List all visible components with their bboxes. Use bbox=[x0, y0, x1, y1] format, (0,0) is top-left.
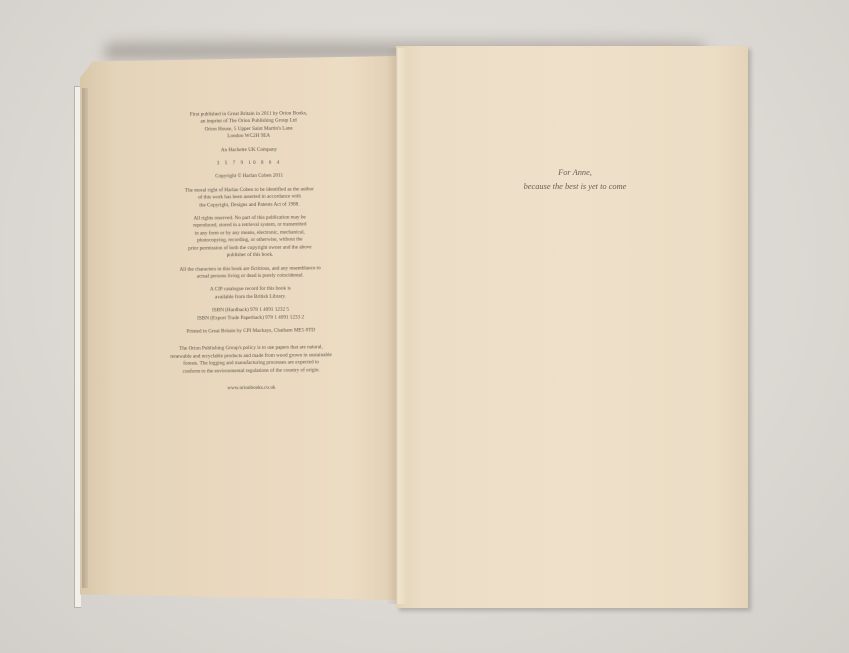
text-line: publisher of this book. bbox=[227, 252, 274, 258]
text-line: The moral right of Harlan Coben to be id… bbox=[185, 186, 314, 193]
right-page bbox=[396, 46, 748, 608]
text-line: an imprint of The Orion Publishing Group… bbox=[200, 118, 296, 125]
text-line: conform to the environmental regulations… bbox=[183, 367, 320, 374]
text-line: All rights reserved. No part of this pub… bbox=[193, 214, 305, 221]
text-line: An Hachette UK Company bbox=[221, 146, 277, 153]
open-book: First published in Great Britain in 2011… bbox=[80, 46, 748, 610]
text-line: available from the British Library. bbox=[215, 293, 286, 300]
rights-reserved-block: All rights reserved. No part of this pub… bbox=[135, 214, 365, 261]
isbn-block: ISBN (Hardback) 978 1 4091 1232 5 ISBN (… bbox=[136, 306, 366, 323]
text-line: ISBN (Hardback) 978 1 4091 1232 5 bbox=[212, 307, 289, 314]
website-line: www.orionbooks.co.uk bbox=[136, 384, 366, 394]
text-line: All the characters in this book are fict… bbox=[180, 265, 321, 272]
fiction-disclaimer: All the characters in this book are fict… bbox=[135, 264, 365, 281]
cover-edge bbox=[74, 86, 81, 608]
text-line: the Copyright, Designs and Patents Act o… bbox=[199, 201, 299, 208]
printing-line: 3 5 7 9 10 8 6 4 bbox=[134, 159, 364, 169]
text-line: reproduced, stored in a retrieval system… bbox=[193, 222, 306, 229]
cip-block: A CIP catalogue record for this book is … bbox=[135, 285, 365, 302]
text-line: actual persons living or dead is purely … bbox=[197, 272, 304, 279]
printer-line: Printed in Great Britain by CPI Mackays,… bbox=[136, 327, 366, 337]
text-line: The Orion Publishing Group's policy is t… bbox=[179, 345, 323, 353]
text-line: London WC2H 9EA bbox=[227, 133, 270, 139]
copyright-line: Copyright © Harlan Coben 2011 bbox=[134, 172, 364, 182]
paper-policy-block: The Orion Publishing Group's policy is t… bbox=[136, 344, 366, 376]
text-line: A CIP catalogue record for this book is bbox=[210, 286, 291, 293]
copyright-text: First published in Great Britain in 2011… bbox=[134, 110, 367, 400]
moral-rights-block: The moral right of Harlan Coben to be id… bbox=[134, 186, 364, 211]
text-line: in any form or by any means, electronic,… bbox=[195, 229, 305, 236]
text-line: of this work has been asserted in accord… bbox=[198, 194, 301, 201]
hachette-line: An Hachette UK Company bbox=[134, 145, 364, 155]
text-line: Printed in Great Britain by CPI Mackays,… bbox=[187, 327, 316, 334]
dedication-line-2: because the best is yet to come bbox=[475, 180, 675, 194]
text-line: prior permission of both the copyright o… bbox=[188, 244, 312, 251]
text-line: www.orionbooks.co.uk bbox=[227, 385, 275, 392]
text-line: 3 5 7 9 10 8 6 4 bbox=[217, 160, 281, 167]
book-gutter bbox=[386, 48, 408, 604]
dedication-text: For Anne, because the best is yet to com… bbox=[475, 166, 675, 194]
page-edge-shadow bbox=[82, 88, 88, 588]
text-line: forests. The logging and manufacturing p… bbox=[183, 359, 319, 366]
text-line: photocopying, recording, or otherwise, w… bbox=[197, 237, 303, 244]
dedication-line-1: For Anne, bbox=[475, 166, 675, 180]
text-line: First published in Great Britain in 2011… bbox=[190, 110, 307, 117]
text-line: Orion House, 5 Upper Saint Martin's Lane bbox=[205, 125, 293, 132]
text-line: Copyright © Harlan Coben 2011 bbox=[215, 173, 283, 180]
publisher-block: First published in Great Britain in 2011… bbox=[134, 110, 364, 142]
text-line: ISBN (Export Trade Paperback) 978 1 4091… bbox=[197, 314, 304, 321]
